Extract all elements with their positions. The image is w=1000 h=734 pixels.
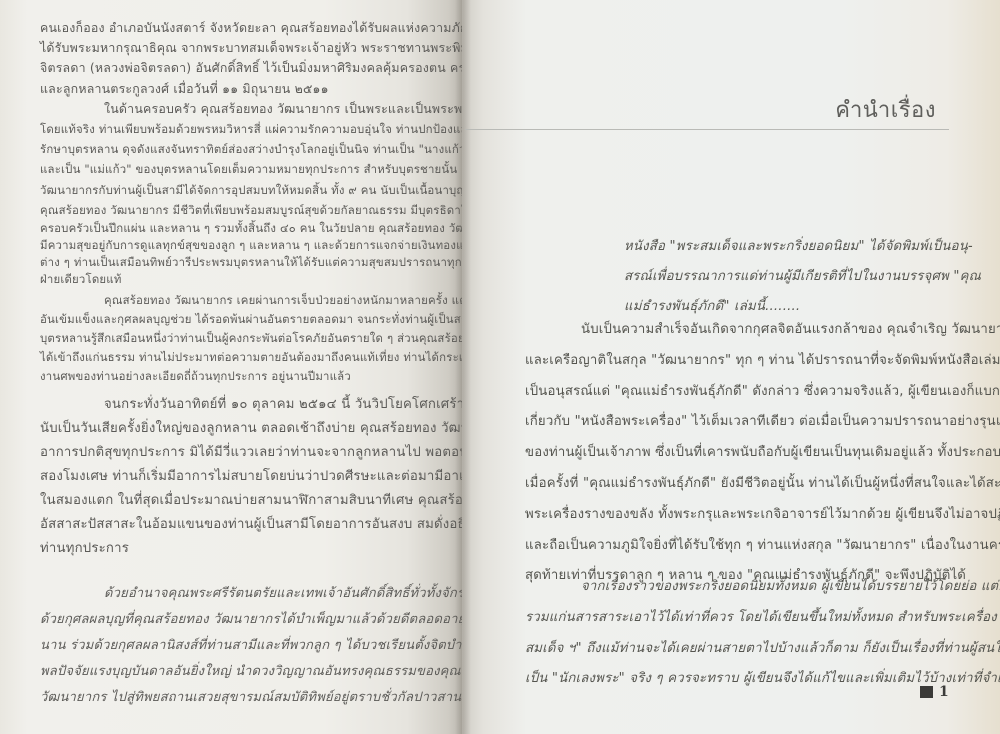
text-line: สมเด็จ ฯ" ถึงแม้ท่านจะได้เคยผ่านสายตาไปบ… <box>525 634 1000 665</box>
text-line: นับเป็นวันเสียครั้งยิ่งใหญ่ของลูกหลาน ตล… <box>40 417 462 441</box>
heading-rule <box>465 129 949 130</box>
text-line: ด้วยอำนาจคุณพระศรีรัตนตรัยและเทพเจ้าอันศ… <box>40 581 462 607</box>
text-line: และเป็น "แม่แก้ว" ของบุตรหลานโดยเต็มความ… <box>40 159 462 179</box>
text-line: เมื่อครั้งที่ "คุณแม่ธำรงพันธุ์ภักดี" ยั… <box>525 469 1000 500</box>
text-line: โดยแท้จริง ท่านเพียบพร้อมด้วยพรหมวิหารสี… <box>40 119 462 139</box>
text-line: และเครือญาติในสกุล "วัฒนายากร" ทุก ๆ ท่า… <box>525 346 1000 377</box>
text-line: สรณ์เพื่อบรรณาการแด่ท่านผู้มีเกียรติที่ไ… <box>624 262 981 292</box>
page-number-text: 1 <box>939 684 949 700</box>
left-page: คนเองก็ออง อำเภอบันนังสตาร์ จังหวัดยะลา … <box>0 0 462 734</box>
page-number: 1 <box>920 684 949 700</box>
text-line: จิตรลดา (หลวงพ่อจิตรลดา) อันศักดิ์สิทธิ์… <box>40 58 462 78</box>
text-line: คนเองก็ออง อำเภอบันนังสตาร์ จังหวัดยะลา … <box>40 18 462 38</box>
text-line: ครอบครัวเป็นปึกแผ่น และหลาน ๆ รวมทั้งสิ้… <box>40 220 462 237</box>
paragraph-2: นับเป็นความสำเร็จอันเกิดจากกุศลจิตอันแรง… <box>525 315 1000 592</box>
paragraph-1: หนังสือ "พระสมเด็จและพระกริ่งยอดนิยม" ได… <box>624 232 981 322</box>
text-line: นับเป็นความสำเร็จอันเกิดจากกุศลจิตอันแรง… <box>525 315 1000 346</box>
text-line: พระเครื่องรางของขลัง ทั้งพระกรุและพระเกจ… <box>525 500 1000 531</box>
square-bullet-icon <box>920 686 933 698</box>
text-line: ต่าง ๆ ท่านเป็นเสมือนทิพย์วารีประพรมบุตร… <box>40 254 462 271</box>
text-line: คุณสร้อยทอง วัฒนายากร เคยผ่านการเจ็บป่วย… <box>40 291 462 310</box>
text-line: จนกระทั่งวันอาทิตย์ที่ ๑๐ ตุลาคม ๒๕๑๔ นี… <box>40 393 462 417</box>
text-line: ของท่านผู้เป็นเจ้าภาพ ซึ่งเป็นที่เคารพนั… <box>525 438 1000 469</box>
text-line: มีความสุขอยู่กับการดูแลทุกข์สุขของลูก ๆ … <box>40 237 462 254</box>
text-line: และลูกหลานตระกูลวงศ์ เมื่อวันที่ ๑๑ มิถุ… <box>40 79 462 99</box>
text-line: และถือเป็นความภูมิใจยิ่งที่ได้รับใช้ทุก … <box>525 531 1000 562</box>
text-line: รักษาบุตรหลาน ดุจดังแสงจันทราทิตย์ส่องสว… <box>40 139 462 159</box>
text-line: สองโมงเศษ ท่านก็เริ่มมีอาการไม่สบายโดยบ่… <box>40 465 462 489</box>
text-line: งานศพของท่านอย่างละเอียดถี่ถ้วนทุกประการ… <box>40 367 462 393</box>
text-line: นาน ร่วมด้วยกุศลผลานิสงส์ที่ท่านสามีและท… <box>40 633 462 659</box>
text-line: รวมแก่นสารสาระเอาไว้ได้เท่าที่ควร โดยได้… <box>525 603 1000 634</box>
text-line: ด้วยกุศลผลบุญที่คุณสร้อยทอง วัฒนายากรได้… <box>40 607 462 633</box>
text-line: อาการปกติสุขทุกประการ มิได้มีวี่แววเลยว่… <box>40 441 462 465</box>
text-line: อันเข้มแข็งและกุศลผลบุญช่วย ได้รอดพ้นผ่า… <box>40 310 462 329</box>
text-line: อัสสาสะปัสสาสะในอ้อมแขนของท่านผู้เป็นสาม… <box>40 513 462 537</box>
book-spread: คนเองก็ออง อำเภอบันนังสตาร์ จังหวัดยะลา … <box>0 0 1000 734</box>
text-line: วัฒนายากร ไปสู่ทิพยสถานเสวยสุขารมณ์สมบัต… <box>40 685 462 711</box>
text-line: พลปัจจัยแรงบุญบันดาลอันยิ่งใหญ่ นำดวงวิญ… <box>40 659 462 685</box>
text-line: บุตรหลานรู้สึกเสมือนหนึ่งว่าท่านเป็นผู้ค… <box>40 329 462 348</box>
text-line: จากเรื่องราวของพระกริ่งยอดนิยมทั้งหมด ผู… <box>525 572 1000 603</box>
left-page-text: คนเองก็ออง อำเภอบันนังสตาร์ จังหวัดยะลา … <box>40 18 462 711</box>
text-line: ท่านทุกประการ <box>40 537 462 581</box>
text-line: ฝ่ายเดียวโดยแท้ <box>40 271 462 291</box>
text-line: ได้เข้าถึงแก่นธรรม ท่านไม่ประมาทต่อความต… <box>40 348 462 367</box>
paragraph-3: จากเรื่องราวของพระกริ่งยอดนิยมทั้งหมด ผู… <box>525 572 1000 695</box>
chapter-heading: คำนำเรื่อง <box>835 92 936 127</box>
text-line: ได้รับพระมหากรุณาธิคุณ จากพระบาทสมเด็จพร… <box>40 38 462 58</box>
book-gutter <box>455 0 471 734</box>
text-line: ในสมองแตก ในที่สุดเมื่อประมาณบ่ายสามนาฬิ… <box>40 489 462 513</box>
text-line: เกี่ยวกับ "หนังสือพระเครื่อง" ไว้เต็มเวล… <box>525 407 1000 438</box>
text-line: วัฒนายากรกับท่านผู้เป็นสามีได้จัดการอุปส… <box>40 180 462 200</box>
text-line: หนังสือ "พระสมเด็จและพระกริ่งยอดนิยม" ได… <box>624 232 981 262</box>
text-line: คุณสร้อยทอง วัฒนายากร มีชีวิตที่เพียบพร้… <box>40 200 462 220</box>
text-line: เป็นอนุสรณ์แด่ "คุณแม่ธำรงพันธุ์ภักดี" ด… <box>525 377 1000 408</box>
text-line: ในด้านครอบครัว คุณสร้อยทอง วัฒนายากร เป็… <box>40 99 462 119</box>
